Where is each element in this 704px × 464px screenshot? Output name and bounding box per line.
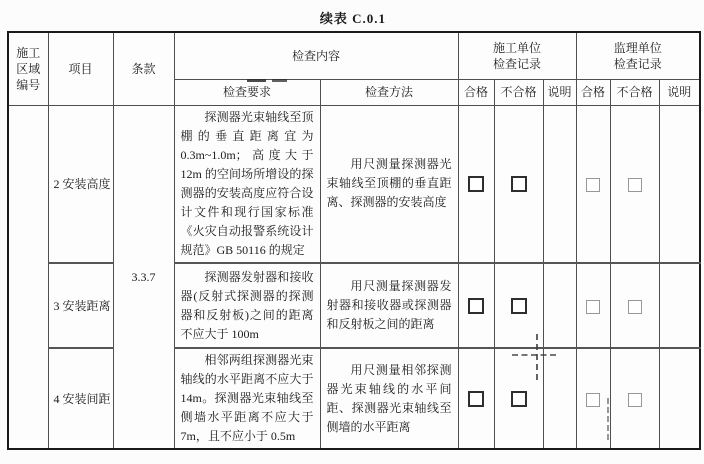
supervision-pass-cell: [576, 105, 610, 263]
header-pass-construction: 合格: [458, 79, 494, 105]
header-item: 项目: [48, 32, 113, 105]
checkbox-construction-fail[interactable]: [511, 298, 527, 314]
item-cell: 2 安装高度: [48, 105, 113, 263]
clause-cell: 3.3.7: [113, 105, 174, 449]
construction-fail-cell: [494, 348, 543, 449]
requirement-cell: 相邻两组探测器光束轴线的水平距离不应大于 14m。探测器光束轴线至侧墙水平距离不…: [174, 348, 320, 449]
requirement-cell: 探测器光束轴线至顶棚的垂直距离宜为 0.3m~1.0m；高度大于 12m 的空间…: [174, 105, 320, 263]
checkbox-supervision-pass[interactable]: [586, 393, 600, 407]
method-cell: 用尺测量探测器光束轴线至顶棚的垂直距离、探测器的安装高度: [320, 105, 458, 263]
header-fail-supervision: 不合格: [610, 79, 659, 105]
requirement-text: 相邻两组探测器光束轴线的水平距离不应大于 14m。探测器光束轴线至侧墙水平距离不…: [181, 351, 314, 446]
checkbox-supervision-pass[interactable]: [586, 178, 600, 192]
construction-fail-cell: [494, 263, 543, 348]
header-clause: 条款: [113, 32, 174, 105]
checkbox-supervision-fail[interactable]: [628, 300, 642, 314]
header-method: 检查方法: [320, 79, 458, 105]
checkbox-construction-fail[interactable]: [511, 176, 527, 192]
checkbox-construction-pass[interactable]: [468, 298, 484, 314]
header-area-no: 施工 区域 编号: [8, 32, 48, 105]
supervision-fail-cell: [610, 348, 659, 449]
method-cell: 用尺测量探测器发射器和接收器或探测器和反射板之间的距离: [320, 263, 458, 348]
supervision-pass-cell: [576, 263, 610, 348]
header-content: 检查内容: [174, 32, 458, 79]
item-cell: 3 安装距离: [48, 263, 113, 348]
checkbox-construction-pass[interactable]: [468, 391, 484, 407]
supervision-note-cell: [659, 105, 700, 263]
header-note-construction: 说明: [543, 79, 576, 105]
supervision-fail-cell: [610, 263, 659, 348]
header-pass-supervision: 合格: [576, 79, 610, 105]
construction-pass-cell: [458, 105, 494, 263]
method-text: 用尺测量相邻探测器光束轴线的水平间距、探测器光束轴线至侧墙的水平距离: [327, 361, 452, 437]
checkbox-construction-pass[interactable]: [468, 176, 484, 192]
checkbox-supervision-fail[interactable]: [628, 178, 642, 192]
header-note-supervision: 说明: [659, 79, 700, 105]
supervision-fail-cell: [610, 105, 659, 263]
header-requirement: 检查要求: [174, 79, 320, 105]
checkbox-supervision-fail[interactable]: [628, 393, 642, 407]
header-supervision-unit: 监理单位 检查记录: [576, 32, 700, 79]
area-no-cell: [8, 105, 48, 449]
construction-pass-cell: [458, 263, 494, 348]
inspection-record-table: 施工 区域 编号 项目 条款 检查内容 施工单位 检查记录 监理单位 检查记录 …: [7, 31, 701, 450]
method-text: 用尺测量探测器光束轴线至顶棚的垂直距离、探测器的安装高度: [327, 155, 452, 212]
construction-note-cell: [543, 263, 576, 348]
checkbox-supervision-pass[interactable]: [586, 300, 600, 314]
checkbox-construction-fail[interactable]: [511, 391, 527, 407]
construction-note-cell: [543, 105, 576, 263]
item-cell: 4 安装间距: [48, 348, 113, 449]
requirement-cell: 探测器发射器和接收器(反射式探测器的探测器和反射板)之间的距离不应大于 100m: [174, 263, 320, 348]
supervision-pass-cell: [576, 348, 610, 449]
method-cell: 用尺测量相邻探测器光束轴线的水平间距、探测器光束轴线至侧墙的水平距离: [320, 348, 458, 449]
header-construction-unit: 施工单位 检查记录: [458, 32, 576, 79]
supervision-note-cell: [659, 263, 700, 348]
page-title: 续表 C.0.1: [7, 8, 699, 27]
requirement-text: 探测器光束轴线至顶棚的垂直距离宜为 0.3m~1.0m；高度大于 12m 的空间…: [181, 108, 314, 260]
supervision-note-cell: [659, 348, 700, 449]
construction-fail-cell: [494, 105, 543, 263]
header-fail-construction: 不合格: [494, 79, 543, 105]
construction-pass-cell: [458, 348, 494, 449]
method-text: 用尺测量探测器发射器和接收器或探测器和反射板之间的距离: [327, 277, 452, 334]
requirement-text: 探测器发射器和接收器(反射式探测器的探测器和反射板)之间的距离不应大于 100m: [181, 268, 314, 344]
construction-note-cell: [543, 348, 576, 449]
